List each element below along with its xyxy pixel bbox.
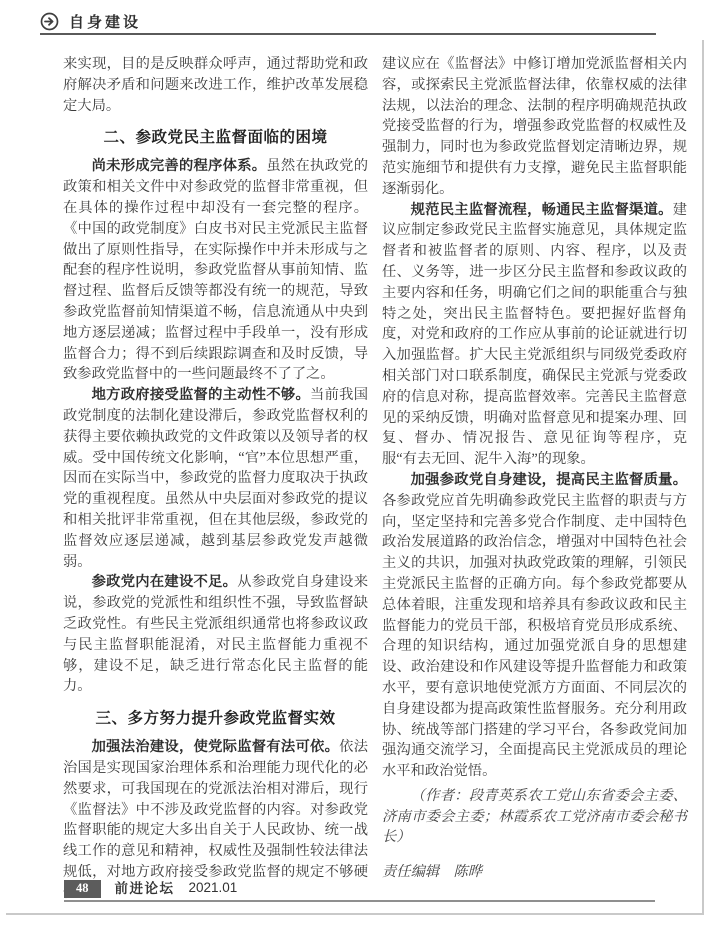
lead-in: 地方政府接受监督的主动性不够。 xyxy=(92,387,310,403)
journal-header: 自身建设 xyxy=(40,11,141,32)
paragraph: 建议应在《监督法》中修订增加党派监督相关内容，或探索民主党派监督法律，依靠权威的… xyxy=(382,54,687,200)
paragraph: 参政党内在建设不足。从参政党自身建设来说，参政党的党派性和组织性不强，导致监督缺… xyxy=(63,572,368,697)
lead-in: 尚未形成完善的程序体系。 xyxy=(92,158,267,174)
column-right: 建议应在《监督法》中修订增加党派监督相关内容，或探索民主党派监督法律，依靠权威的… xyxy=(382,54,687,903)
lead-in: 规范民主监督流程，畅通民主监督渠道。 xyxy=(411,202,673,218)
paragraph-text: 当前我国政党制度的法制化建设滞后，参政党监督权利的获得主要依赖执政党的文件政策以… xyxy=(63,387,368,569)
lead-in: 参政党内在建设不足。 xyxy=(92,574,238,590)
author-note: （作者：段青英系农工党山东省委会主委、济南市委会主委；林霞系农工党济南市委会秘书… xyxy=(382,786,687,848)
paragraph-text: 各参政党应首先明确参政党民主监督的职责与方向，坚定坚持和完善多党合作制度、走中国… xyxy=(382,493,687,779)
lead-in: 加强法治建设，使党际监督有法可依。 xyxy=(92,739,340,755)
paragraph: 规范民主监督流程，畅通民主监督渠道。建议应制定参政党民主监督实施意见，具体规定监… xyxy=(382,200,687,470)
section-heading: 二、参政党民主监督面临的困境 xyxy=(63,127,368,148)
paragraph: 地方政府接受监督的主动性不够。当前我国政党制度的法制化建设滞后，参政党监督权利的… xyxy=(63,385,368,572)
paragraph-text: 来实现，目的是反映群众呼声，通过帮助党和政府解决矛盾和问题来改进工作，维护改革发… xyxy=(63,56,368,114)
article-columns: 来实现，目的是反映群众呼声，通过帮助党和政府解决矛盾和问题来改进工作，维护改革发… xyxy=(63,54,687,903)
journal-name: 前进论坛 xyxy=(115,877,175,897)
column-left: 来实现，目的是反映群众呼声，通过帮助党和政府解决矛盾和问题来改进工作，维护改革发… xyxy=(63,54,368,903)
section-heading: 三、多方努力提升参政党监督实效 xyxy=(63,708,368,729)
page-footer: 48 前进论坛 2021.01 xyxy=(64,877,655,902)
paragraph: 尚未形成完善的程序体系。虽然在执政党的政策和相关文件中对参政党的监督非常重视，但… xyxy=(63,156,368,385)
paragraph-text: 建议应制定参政党民主监督实施意见，具体规定监督者和被监督者的原则、内容、程序，以… xyxy=(382,202,687,468)
paragraph-text: 从参政党自身建设来说，参政党的党派性和组织性不强，导致监督缺乏政党性。有些民主党… xyxy=(63,574,368,694)
paragraph-text: 建议应在《监督法》中修订增加党派监督相关内容，或探索民主党派监督法律，依靠权威的… xyxy=(382,56,687,197)
arrow-right-circle-icon xyxy=(40,12,59,31)
scan-edge-bottom xyxy=(6,913,704,915)
paragraph-text: 虽然在执政党的政策和相关文件中对参政党的监督非常重视，但在具体的操作过程中却没有… xyxy=(63,158,368,382)
paragraph: 来实现，目的是反映群众呼声，通过帮助党和政府解决矛盾和问题来改进工作，维护改革发… xyxy=(63,54,368,116)
section-label: 自身建设 xyxy=(69,11,141,32)
issue-number: 2021.01 xyxy=(189,880,238,895)
scan-edge-right xyxy=(702,40,704,914)
lead-in: 加强参政党自身建设，提高民主监督质量。 xyxy=(411,472,687,488)
paragraph: 加强参政党自身建设，提高民主监督质量。各参政党应首先明确参政党民主监督的职责与方… xyxy=(382,470,687,782)
header-rule xyxy=(40,33,656,35)
page-number-badge: 48 xyxy=(64,880,101,898)
magazine-page: 自身建设 来实现，目的是反映群众呼声，通过帮助党和政府解决矛盾和问题来改进工作，… xyxy=(0,0,724,932)
